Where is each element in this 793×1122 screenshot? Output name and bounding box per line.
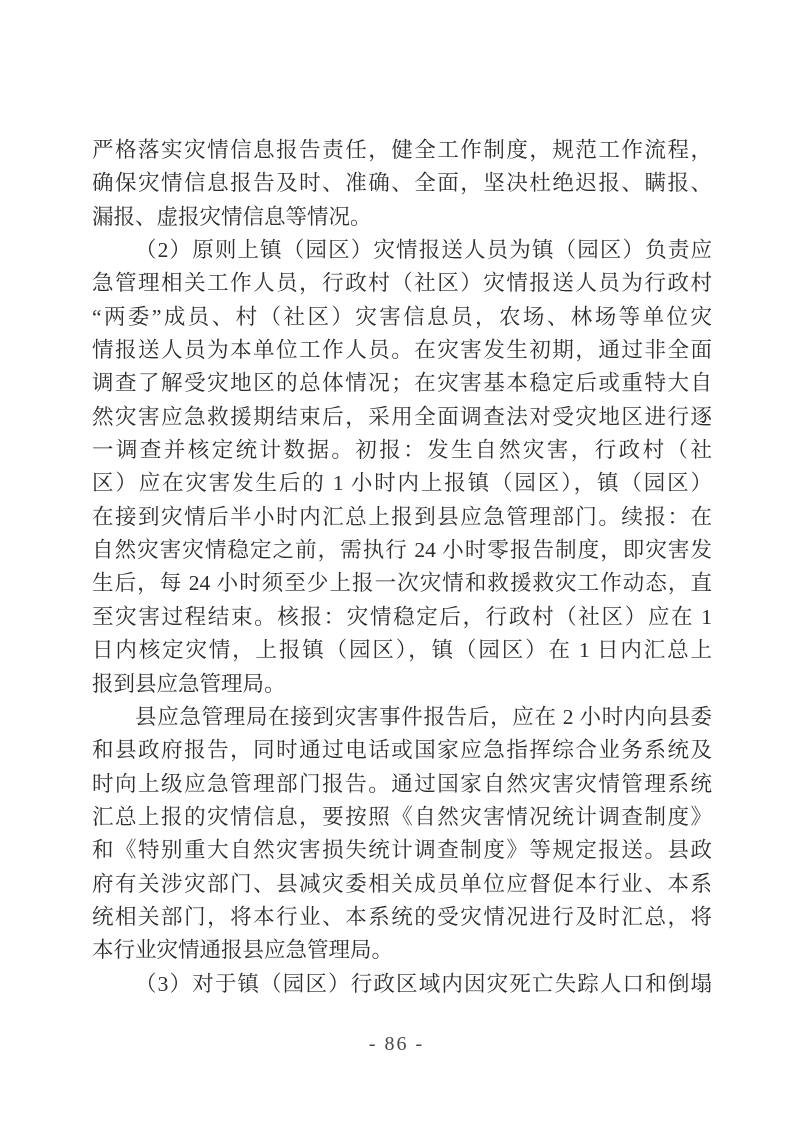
text-line: 时向上级应急管理部门报告。通过国家自然灾害灾情管理系统: [92, 768, 712, 801]
text-line: 情报送人员为本单位工作人员。在灾害发生初期，通过非全面: [92, 334, 712, 367]
text-line-paragraph-start: （3）对于镇（园区）行政区域内因灾死亡失踪人口和倒塌: [92, 968, 712, 1001]
text-line: 漏报、虚报灾情信息等情况。: [92, 201, 712, 234]
text-line: 急管理相关工作人员，行政村（社区）灾情报送人员为行政村: [92, 267, 712, 300]
text-line: 然灾害应急救援期结束后，采用全面调查法对受灾地区进行逐: [92, 401, 712, 434]
page-number: - 86 -: [0, 1032, 793, 1056]
text-line: 严格落实灾情信息报告责任，健全工作制度，规范工作流程，: [92, 134, 712, 167]
text-line: “两委”成员、村（社区）灾害信息员，农场、林场等单位灾: [92, 301, 712, 334]
text-line: 本行业灾情通报县应急管理局。: [92, 934, 712, 967]
text-line: 和《特别重大自然灾害损失统计调查制度》等规定报送。县政: [92, 834, 712, 867]
document-text-block: 严格落实灾情信息报告责任，健全工作制度，规范工作流程， 确保灾情信息报告及时、准…: [92, 134, 712, 1001]
text-line: 在接到灾情后半小时内汇总上报到县应急管理部门。续报：在: [92, 501, 712, 534]
text-line: 区）应在灾害发生后的 1 小时内上报镇（园区），镇（园区）: [92, 467, 712, 500]
text-line-paragraph-start: 县应急管理局在接到灾害事件报告后，应在 2 小时内向县委: [92, 701, 712, 734]
text-line-paragraph-start: （2）原则上镇（园区）灾情报送人员为镇（园区）负责应: [92, 234, 712, 267]
text-line: 统相关部门，将本行业、本系统的受灾情况进行及时汇总，将: [92, 901, 712, 934]
text-line: 自然灾害灾情稳定之前，需执行 24 小时零报告制度，即灾害发: [92, 534, 712, 567]
text-line: 和县政府报告，同时通过电话或国家应急指挥综合业务系统及: [92, 734, 712, 767]
text-line: 确保灾情信息报告及时、准确、全面，坚决杜绝迟报、瞒报、: [92, 167, 712, 200]
text-line: 生后，每 24 小时须至少上报一次灾情和救援救灾工作动态，直: [92, 567, 712, 600]
text-line: 府有关涉灾部门、县减灾委相关成员单位应督促本行业、本系: [92, 868, 712, 901]
document-page: 严格落实灾情信息报告责任，健全工作制度，规范工作流程， 确保灾情信息报告及时、准…: [0, 0, 793, 1122]
text-line: 报到县应急管理局。: [92, 668, 712, 701]
text-line: 一调查并核定统计数据。初报：发生自然灾害，行政村（社: [92, 434, 712, 467]
text-line: 调查了解受灾地区的总体情况；在灾害基本稳定后或重特大自: [92, 367, 712, 400]
text-line: 日内核定灾情，上报镇（园区），镇（园区）在 1 日内汇总上: [92, 634, 712, 667]
text-line: 至灾害过程结束。核报：灾情稳定后，行政村（社区）应在 1: [92, 601, 712, 634]
text-line: 汇总上报的灾情信息，要按照《自然灾害情况统计调查制度》: [92, 801, 712, 834]
